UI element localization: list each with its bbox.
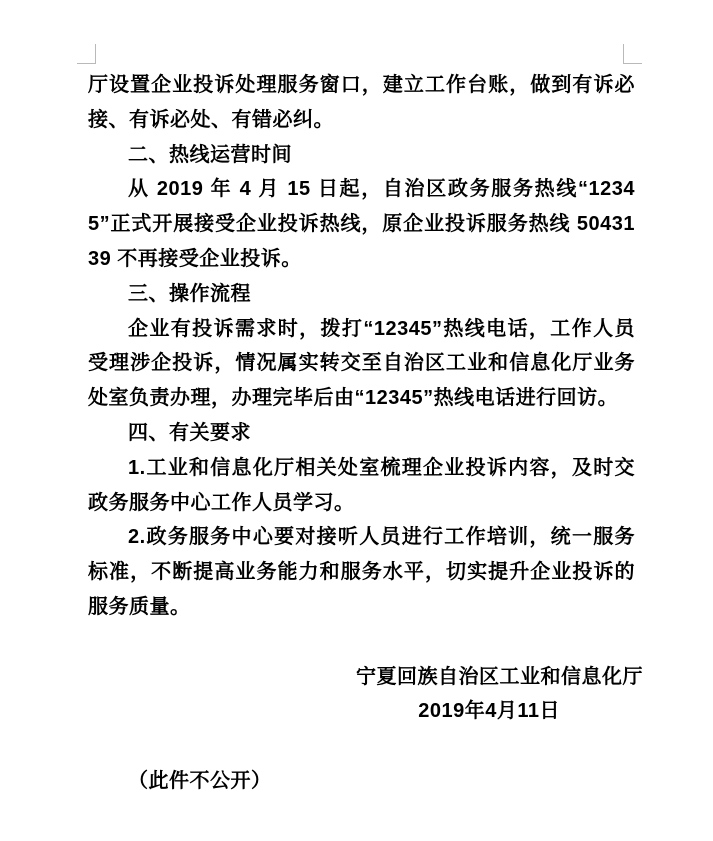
document-body: 厅设置企业投诉处理服务窗口，建立工作台账，做到有诉必接、有诉必处、有错必纠。 二… xyxy=(88,68,635,799)
section-heading-operation-process: 三、操作流程 xyxy=(88,277,635,312)
blank-line xyxy=(88,625,635,660)
margin-crop-mark-top-left-horizontal xyxy=(77,63,96,64)
section-heading-related-requirements: 四、有关要求 xyxy=(88,416,635,451)
signature-date: 2019年4月11日 xyxy=(88,694,635,729)
margin-crop-mark-top-right-horizontal xyxy=(623,63,642,64)
confidentiality-note: （此件不公开） xyxy=(88,764,635,799)
paragraph-requirement-1: 1.工业和信息化厅相关处室梳理企业投诉内容，及时交政务服务中心工作人员学习。 xyxy=(88,451,635,521)
section-heading-hotline-operation-time: 二、热线运营时间 xyxy=(88,138,635,173)
margin-crop-mark-top-left-vertical xyxy=(95,44,96,63)
paragraph-continued-from-previous-page: 厅设置企业投诉处理服务窗口，建立工作台账，做到有诉必接、有诉必处、有错必纠。 xyxy=(88,68,635,138)
signature-organization: 宁夏回族自治区工业和信息化厅 xyxy=(88,660,643,695)
paragraph-requirement-2: 2.政务服务中心要对接听人员进行工作培训，统一服务标准，不断提高业务能力和服务水… xyxy=(88,520,635,624)
document-page: 厅设置企业投诉处理服务窗口，建立工作台账，做到有诉必接、有诉必处、有错必纠。 二… xyxy=(0,0,713,841)
paragraph-hotline-start-date: 从 2019 年 4 月 15 日起，自治区政务服务热线“12345”正式开展接… xyxy=(88,172,635,276)
blank-line xyxy=(88,729,635,764)
paragraph-complaint-process: 企业有投诉需求时，拨打“12345”热线电话，工作人员受理涉企投诉，情况属实转交… xyxy=(88,312,635,416)
margin-crop-mark-top-right-vertical xyxy=(623,44,624,63)
